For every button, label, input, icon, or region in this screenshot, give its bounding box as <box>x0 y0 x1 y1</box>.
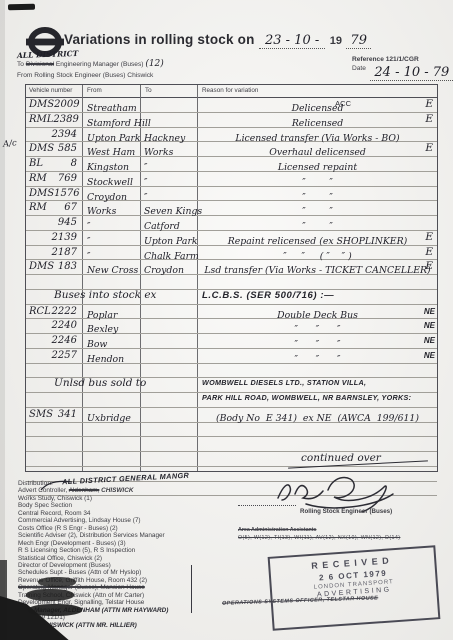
vehicle-number: 2257 <box>52 349 77 363</box>
table-row: 2139″Upton ParkRepaint relicensed (ex SH… <box>26 231 437 246</box>
reason-cell: ″ ″ <box>198 201 437 215</box>
vehicle-class: RML <box>29 113 53 127</box>
caption-right: PARK HILL ROAD, WOMBWELL, NR BARNSLEY, Y… <box>202 393 411 402</box>
caption-left: Buses into stock ex <box>54 289 156 301</box>
note-row: continued over <box>26 452 437 467</box>
year-handwritten: 79 <box>346 33 371 49</box>
status-flag: E <box>425 142 433 154</box>
vehicle-number: 2240 <box>52 319 77 333</box>
table-row: DMS2009StreathamDelicensedACCE <box>26 98 437 113</box>
reason-cell: Licensed repaint <box>198 157 437 171</box>
reason-cell: Repaint relicensed (ex SHOPLINKER)E <box>198 231 437 245</box>
reason-text: Lsd transfer (Via Works - TICKET CANCELL… <box>204 265 430 276</box>
to-text: Engineering Manager (Buses) <box>54 61 143 68</box>
reason-note: ACC <box>335 99 351 108</box>
signature-label: Rolling Stock Engineer (Buses) <box>300 508 392 515</box>
reason-cell: ″ ″ ″NE <box>198 319 437 333</box>
reason-cell: ″ ″ <box>198 216 437 230</box>
distribution-item: Schedules Supt - Buses (Attn of Mr Hyslo… <box>18 569 248 576</box>
vehicle-cell: 2394 <box>26 128 82 142</box>
received-stamp: RECEIVED 2 6 OCT 1979 LONDON TRANSPORT A… <box>268 545 441 631</box>
page-title: Variations in rolling stock on <box>64 32 255 47</box>
vehicle-class: DMS <box>29 98 54 112</box>
vehicle-cell: DMS585 <box>26 142 82 156</box>
reason-cell: ″ ″ ″NE <box>198 349 437 363</box>
scan-artifact-blob <box>28 604 82 616</box>
status-flag: NE <box>424 351 435 360</box>
vehicle-cell: 2139 <box>26 231 82 245</box>
variations-table: Vehicle number From To Reason for variat… <box>25 84 438 472</box>
vehicle-number: 2139 <box>52 231 77 245</box>
table-row: 945″Catford″ ″ <box>26 216 437 231</box>
table-row: DMS1576Croydon″″ ″ <box>26 187 437 202</box>
caption-row: PARK HILL ROAD, WOMBWELL, NR BARNSLEY, Y… <box>26 393 437 408</box>
vehicle-class: RM <box>29 201 47 215</box>
caption-left: Unlsd bus sold to <box>54 377 146 389</box>
scan-artifact-strip <box>0 560 7 640</box>
scan-artifact-blob <box>38 577 76 587</box>
date-line: Date 24 - 10 - 79 <box>352 63 453 81</box>
blank-row <box>26 275 437 290</box>
vehicle-number: 2389 <box>53 113 78 127</box>
vehicle-cell: DMS183 <box>26 260 82 274</box>
to-line: To Divisional Engineering Manager (Buses… <box>17 59 164 69</box>
vehicle-class: RM <box>29 172 47 186</box>
distribution-item: Scientific Adviser (2), Distribution Ser… <box>18 532 248 539</box>
table-rows: DMS2009StreathamDelicensedACCERML2389Sta… <box>26 98 437 471</box>
status-flag: NE <box>424 336 435 345</box>
from-cell: Hendon <box>87 354 124 365</box>
vehicle-cell: RML2389 <box>26 113 82 127</box>
table-row: RM67WorksSeven Kings″ ″ <box>26 201 437 216</box>
date-label: Date <box>352 65 366 72</box>
scan-edge-shading <box>0 0 5 640</box>
caption-row: Unlsd bus sold toWOMBWELL DIESELS LTD., … <box>26 378 437 393</box>
from-line: From Rolling Stock Engineer (Buses) Chis… <box>17 72 153 79</box>
reason-text: (Body No E 341) ex NE (AWCA 199/611) <box>216 413 419 424</box>
table-row: DMS183New CrossCroydonLsd transfer (Via … <box>26 260 437 275</box>
reason-cell: Lsd transfer (Via Works - TICKET CANCELL… <box>198 260 437 274</box>
vehicle-class: SMS <box>29 408 53 422</box>
date-handwritten: 24 - 10 - 79 <box>370 65 453 81</box>
table-row: DMS585West HamWorksOverhaul delicensedE <box>26 142 437 157</box>
status-flag: NE <box>424 321 435 330</box>
vehicle-cell: 2257 <box>26 349 82 363</box>
vehicle-class: RCL <box>29 305 51 319</box>
distribution-item: Mech Engr (Development - Buses) (3) <box>18 540 248 547</box>
blank-row <box>26 423 437 438</box>
reason-cell: Licensed transfer (Via Works - BO) <box>198 128 437 142</box>
blank-row <box>26 437 437 452</box>
vehicle-cell: 2240 <box>26 319 82 333</box>
vehicle-class: DMS <box>29 142 54 156</box>
reference-line: Reference 121/1/CGR <box>352 56 419 63</box>
vehicle-number: 945 <box>58 216 77 230</box>
table-row: RML2389Stamford HillRelicensedE <box>26 113 437 128</box>
scanned-form-page: Variations in rolling stock on 23 - 10 -… <box>0 0 453 640</box>
vehicle-number: 8 <box>71 157 77 171</box>
continued-over-note: continued over <box>301 452 381 464</box>
table-row: SMS341Uxbridge(Body No E 341) ex NE (AWC… <box>26 408 437 423</box>
reason-cell: Overhaul delicensedE <box>198 142 437 156</box>
caption-right: WOMBWELL DIESELS LTD., STATION VILLA, <box>202 378 366 387</box>
reason-cell: ″ ″ ( ″ ″ )E <box>198 246 437 260</box>
table-row: 2246Bow″ ″ ″NE <box>26 334 437 349</box>
variation-date-handwritten: 23 - 10 - <box>259 33 325 49</box>
pen-stroke <box>191 565 192 613</box>
vehicle-cell: 2187 <box>26 246 82 260</box>
table-row: 2257Hendon″ ″ ″NE <box>26 349 437 364</box>
scan-artifact-topbar <box>8 4 35 10</box>
vehicle-cell: SMS341 <box>26 408 82 422</box>
table-row: 2240Bexley″ ″ ″NE <box>26 319 437 334</box>
vehicle-number: 585 <box>58 142 77 156</box>
vehicle-cell: RM769 <box>26 172 82 186</box>
from-cell: Uxbridge <box>87 413 131 424</box>
annotation-arrow-icon <box>40 478 74 497</box>
table-header-row: Vehicle number From To Reason for variat… <box>26 85 437 98</box>
table-row: BL8Kingston″Licensed repaint <box>26 157 437 172</box>
caption-right: L.C.B.S. (SER 500/716) :— <box>202 290 334 301</box>
to-struck-word: Divisional <box>26 61 54 68</box>
vehicle-cell: BL8 <box>26 157 82 171</box>
vehicle-cell: RCL2222 <box>26 305 82 319</box>
reason-cell: ″ ″ <box>198 172 437 186</box>
vehicle-number: 2394 <box>52 128 77 142</box>
vehicle-number: 1576 <box>54 187 79 201</box>
handwritten-text: CHISWICK <box>99 487 133 494</box>
reason-cell: Double Deck BusNE <box>198 305 437 319</box>
status-flag: E <box>425 113 433 125</box>
status-flag: E <box>425 98 433 110</box>
col-header-reason: Reason for variation <box>202 87 258 94</box>
signature-dotted-line <box>238 505 296 506</box>
col-header-to: To <box>145 87 152 94</box>
struck-routing-line-1: Area Administration Assistants <box>238 527 317 533</box>
vehicle-cell: 945 <box>26 216 82 230</box>
vehicle-class: DMS <box>29 260 54 274</box>
distribution-item: Body Spec Section <box>18 502 248 509</box>
reason-cell: RelicensedE <box>198 113 437 127</box>
from-cell: New Cross <box>87 265 138 276</box>
blank-row <box>26 364 437 379</box>
status-flag: NE <box>424 307 435 316</box>
col-header-vehicle: Vehicle number <box>29 87 72 94</box>
vehicle-number: 341 <box>58 408 77 422</box>
reason-text: ″ ″ ″ <box>295 354 341 365</box>
col-header-from: From <box>87 87 102 94</box>
distribution-item: Central Record, Room 34 <box>18 510 248 517</box>
vehicle-cell: 2246 <box>26 334 82 348</box>
distribution-item: Commercial Advertising, Lindsay House (7… <box>18 517 248 524</box>
reason-cell: ″ ″ ″NE <box>198 334 437 348</box>
vehicle-cell: RM67 <box>26 201 82 215</box>
reason-cell: (Body No E 341) ex NE (AWCA 199/611) <box>198 408 437 422</box>
distribution-item: R S Licensing Section (5), R S Inspectio… <box>18 547 248 554</box>
vehicle-cell: DMS2009 <box>26 98 82 112</box>
vehicle-number: 2246 <box>52 334 77 348</box>
to-cell: Croydon <box>144 265 184 276</box>
vehicle-class: DMS <box>29 187 54 201</box>
vehicle-number: 2009 <box>54 98 79 112</box>
vehicle-number: 2222 <box>52 305 77 319</box>
vehicle-class: BL <box>29 157 43 171</box>
year-printed: 19 <box>330 35 342 47</box>
reason-cell: DelicensedACCE <box>198 98 437 112</box>
reason-cell: ″ ″ <box>198 187 437 201</box>
table-row: RCL2222PoplarDouble Deck BusNE <box>26 305 437 320</box>
status-flag: E <box>425 231 433 243</box>
distribution-item: Statistical Office, Chiswick (2) <box>18 555 248 562</box>
distribution-item: Costs Office (R S Engr - Buses) (2) <box>18 525 248 532</box>
struck-routing-line-2: O(5), W(12), TI(13), WI(11), AV(12), NX(… <box>238 535 400 541</box>
scan-artifact-blob <box>26 589 74 601</box>
form-title-line: Variations in rolling stock on 23 - 10 -… <box>64 31 444 49</box>
vehicle-cell: DMS1576 <box>26 187 82 201</box>
distribution-item: Director of Development (Buses) <box>18 562 248 569</box>
vehicle-number: 2187 <box>52 246 77 260</box>
to-label: To <box>17 61 24 68</box>
status-flag: E <box>425 246 433 258</box>
table-row: RM769Stockwell″″ ″ <box>26 172 437 187</box>
to-added-note: (12) <box>145 59 163 69</box>
vehicle-number: 769 <box>58 172 77 186</box>
table-row: 2394Upton ParkHackneyLicensed transfer (… <box>26 128 437 143</box>
vehicle-number: 183 <box>58 260 77 274</box>
caption-row: Buses into stock exL.C.B.S. (SER 500/716… <box>26 290 437 305</box>
status-flag: E <box>425 260 433 272</box>
vehicle-number: 67 <box>64 201 77 215</box>
table-row: 2187″Chalk Farm″ ″ ( ″ ″ )E <box>26 246 437 261</box>
